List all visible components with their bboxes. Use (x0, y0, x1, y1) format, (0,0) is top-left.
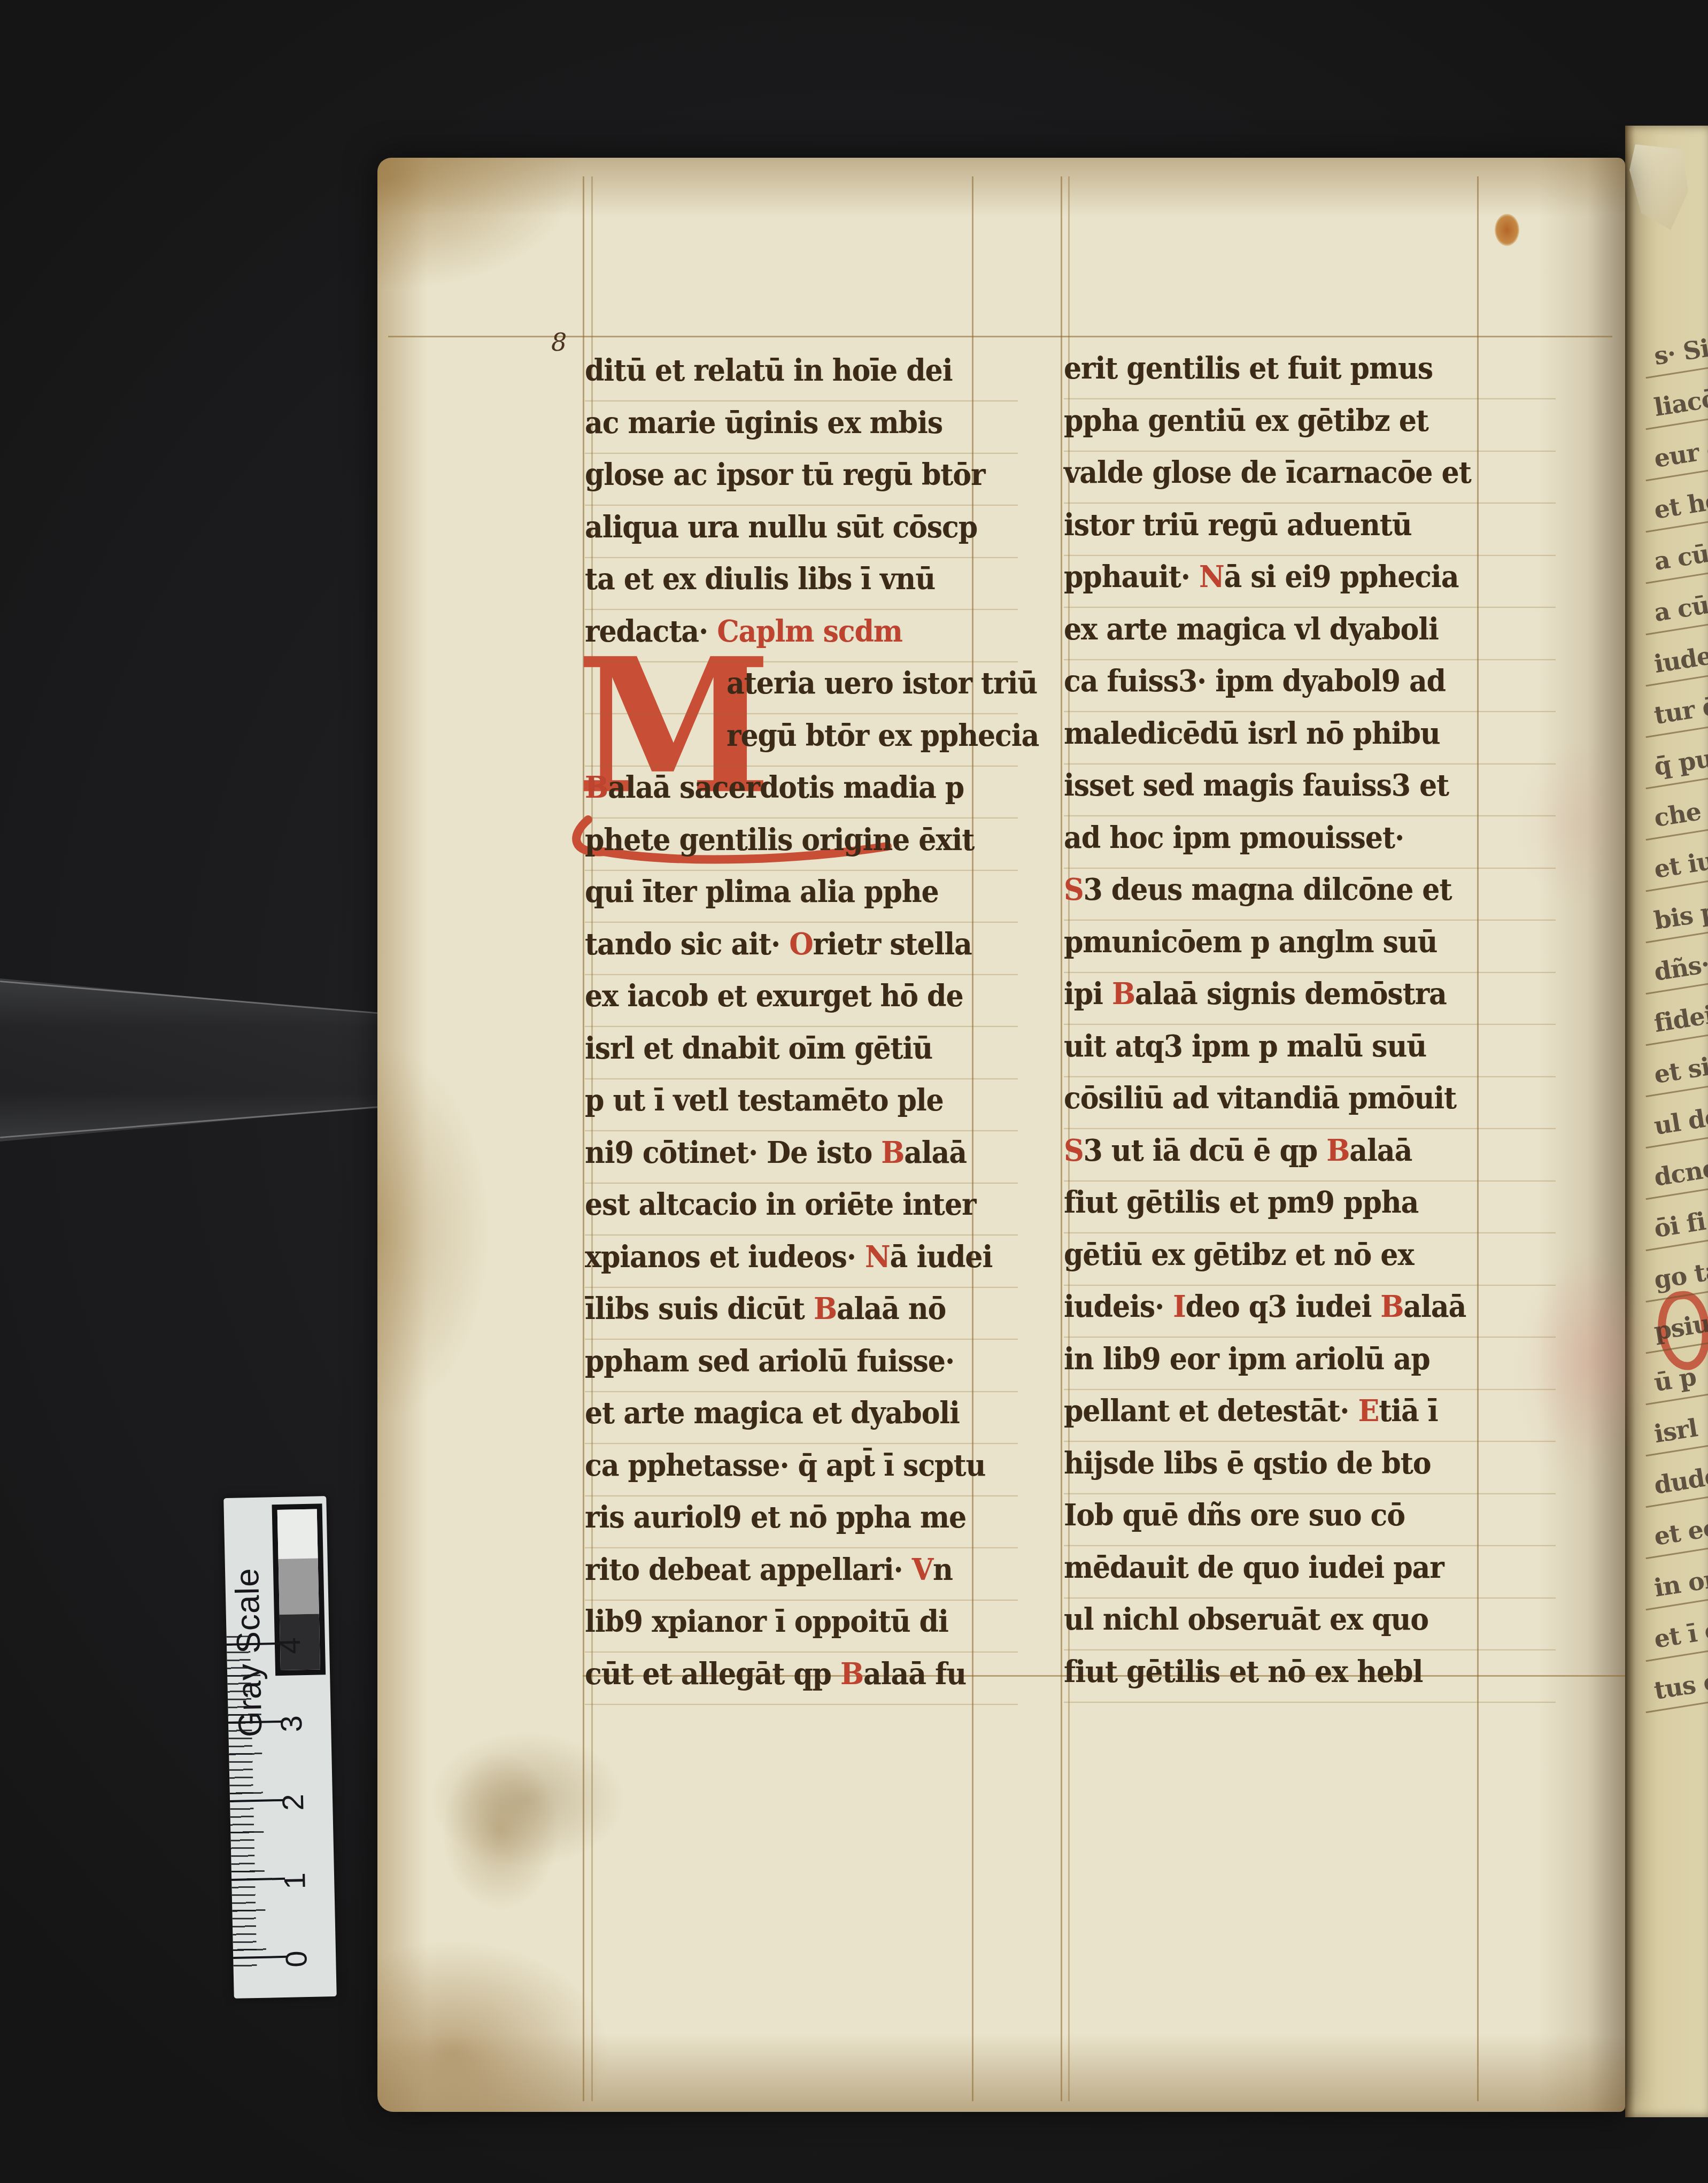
recto-text-fragment: a cū b (1652, 589, 1708, 636)
text-line: phete gentilis origine ēxit (585, 815, 1018, 870)
text-line: ex arte magica vl dyaboli (1064, 605, 1556, 660)
stain-bottom-left (442, 1751, 559, 1911)
text-line: īlibs suis dicūt Balaā nō (585, 1284, 1018, 1339)
text-line: in lib9 eor ipm ariolū ap (1064, 1335, 1556, 1390)
recto-text-fragment: et si dei (1652, 1051, 1708, 1098)
text-line: valde glose de īcarnacōe et (1064, 448, 1556, 503)
text-line: ex iacob et exurget hō de (585, 971, 1018, 1027)
text-line: ca pphetasse· q̄ apt̄ ī scptu (585, 1441, 1018, 1496)
text-line: pphauit· Nā si ei9 pphecia (1064, 552, 1556, 607)
text-line: est altcacio in oriēte inter (585, 1180, 1018, 1235)
recto-text-fragment: et heb (1652, 486, 1708, 533)
recto-text-fragment: eur et (1652, 435, 1708, 482)
ruler-number: 4 (272, 1637, 307, 1655)
text-line: lib9 xpianor ī oppoitū di (585, 1597, 1018, 1652)
gray-scale-card: Gray Scale 43210 (223, 1496, 337, 1999)
recto-text-fragment: che in (1652, 794, 1708, 841)
text-line: mēdauit de quo iudei par (1064, 1543, 1556, 1598)
text-line: ca fuiss3· ipm dyabol9 ad (1064, 657, 1556, 712)
text-line: ppham sed ariolū fuisse· (585, 1337, 1018, 1392)
text-line: aliqua ura nullu sūt cōscp (585, 503, 1018, 558)
recto-text-fragment: go ta p (1652, 1256, 1708, 1303)
text-line: fiut gētilis et pm9 ppha (1064, 1178, 1556, 1233)
recto-text-fragment: et ī oībz (1652, 1615, 1708, 1662)
recto-text-fragment: fidei et (1652, 999, 1708, 1046)
text-line: ac marie ūginis ex mbis (585, 398, 1018, 453)
ruler-half-ticks (227, 1675, 266, 1969)
text-line: Balaā sacerdotis madia p (585, 763, 1018, 818)
text-line: redacta· Caplm scdm (585, 607, 1018, 662)
text-line: xpianos et iudeos· Nā iudei (585, 1232, 1018, 1287)
recto-text-fragment: et eos (1652, 1513, 1708, 1560)
recto-text-fragment: s· Si a (1652, 332, 1708, 379)
text-line: S3 deus magna dilcōne et (1064, 865, 1556, 920)
text-line: uit atq3 ipm p malū suū (1064, 1022, 1556, 1077)
recto-text-fragment: q̄ pus (1652, 743, 1708, 790)
recto-text-fragment: isrl (1652, 1410, 1708, 1457)
text-line: cūt et allegāt qp Balaā fu (585, 1649, 1018, 1704)
text-line: qui īter plima alia pphe (585, 867, 1018, 922)
manuscript-page: 8 M ditū et relatū in hoīe deiac marie ū… (377, 158, 1625, 2112)
recto-text-fragment: tus oriēt (1652, 1667, 1708, 1714)
rust-stain (1495, 214, 1519, 246)
ruling-horizontal-top (388, 336, 1612, 337)
text-line: cōsiliū ad vitandiā pmōuit (1064, 1074, 1556, 1129)
text-line: maledicēdū isrl nō phibu (1064, 709, 1556, 764)
text-line: istor triū regū aduentū (1064, 500, 1556, 556)
text-line: ta et ex diulis libs ī vnū (585, 554, 1018, 610)
recto-text-fragment: iude q (1652, 640, 1708, 687)
patch-gray (279, 1558, 319, 1615)
recto-text-fragment: dude et a (1652, 1461, 1708, 1508)
text-line: gētiū ex gētibz et nō ex (1064, 1230, 1556, 1285)
text-line: isrl et dnabit oīm gētiū (585, 1024, 1018, 1079)
recto-text-fragment: ū p (1652, 1359, 1708, 1406)
ruler-number: 1 (277, 1872, 312, 1890)
next-folio-edge: s· Si aliacōeeur etet heba cū tūa cū biu… (1625, 126, 1708, 2117)
text-column-left: ditū et relatū in hoīe deiac marie ūgini… (585, 346, 1018, 1701)
recto-text-fragment: ōi fi (1652, 1205, 1708, 1252)
text-column-right: erit gentilis et fuit pmusppha gentiū ex… (1064, 344, 1556, 1699)
text-line: rito debeat appellari· Vn (585, 1545, 1018, 1600)
ruler-number: 2 (275, 1794, 311, 1811)
text-line: ditū et relatū in hoīe dei (585, 346, 1018, 401)
text-line: p ut ī vetl testamēto ple (585, 1076, 1018, 1131)
ruler-number: 3 (274, 1715, 309, 1733)
folio-number: 8 (551, 328, 567, 357)
recto-text-fragment: bis pena (1652, 897, 1708, 944)
text-line: ateria uero istor triū (585, 659, 1018, 714)
text-line: hijsde libs ē qstio de bto (1064, 1439, 1556, 1494)
recto-text-fragment: dcndū (1652, 1153, 1708, 1200)
patch-white (277, 1509, 318, 1559)
text-line: regū btōr ex pphecia (585, 711, 1018, 766)
text-line: Iob quē dñs ore suo cō (1064, 1491, 1556, 1546)
text-line: iudeis· Ideo q3 iudei Balaā (1064, 1282, 1556, 1337)
text-line: S3 ut iā dcū ē qp Balaā (1064, 1126, 1556, 1181)
plastic-holder-strip (0, 978, 438, 1141)
recto-text-fragment: ul dcā (1652, 1102, 1708, 1149)
text-line: isset sed magis fauiss3 et (1064, 761, 1556, 816)
recto-text-fragment: liacōe (1652, 383, 1708, 430)
text-line: tando sic ait· Orietr stella (585, 920, 1018, 975)
text-line: ipi Balaā signis demōstra (1064, 969, 1556, 1024)
text-line: fiut gētilis et nō ex hebl (1064, 1647, 1556, 1702)
text-line: pellant et detestāt· Etiā ī (1064, 1386, 1556, 1441)
text-line: ad hoc ipm pmouisset· (1064, 813, 1556, 868)
ruler-major-ticks: 43210 (223, 1496, 326, 1498)
text-line: erit gentilis et fuit pmus (1064, 344, 1556, 399)
ruling-vertical (583, 176, 584, 2101)
text-line: ris auriol9 et nō ppha me (585, 1493, 1018, 1548)
text-line: et arte magica et dyaboli (585, 1389, 1018, 1444)
recto-text-fragment: dñs· Jo (1652, 948, 1708, 995)
ruler-number: 0 (279, 1950, 314, 1968)
text-line: pmunicōem p anglm suū (1064, 917, 1556, 973)
text-line: glose ac ipsor tū regū btōr (585, 450, 1018, 505)
recto-text-fragment: a cū tū (1652, 537, 1708, 584)
recto-text-fragment: et iur (1652, 845, 1708, 892)
manuscript-photo: s· Si aliacōeeur etet heba cū tūa cū biu… (0, 0, 1708, 2183)
ruling-vertical (1061, 176, 1062, 2101)
text-line: ul nichl obseruāt ex quo (1064, 1595, 1556, 1650)
text-line: ppha gentiū ex gētibz et (1064, 396, 1556, 451)
recto-text-fragment: tur q̄ de (1652, 691, 1708, 738)
recto-text-fragment: in oriēt e (1652, 1564, 1708, 1611)
text-line: ni9 cōtinet· De isto Balaā (585, 1128, 1018, 1183)
